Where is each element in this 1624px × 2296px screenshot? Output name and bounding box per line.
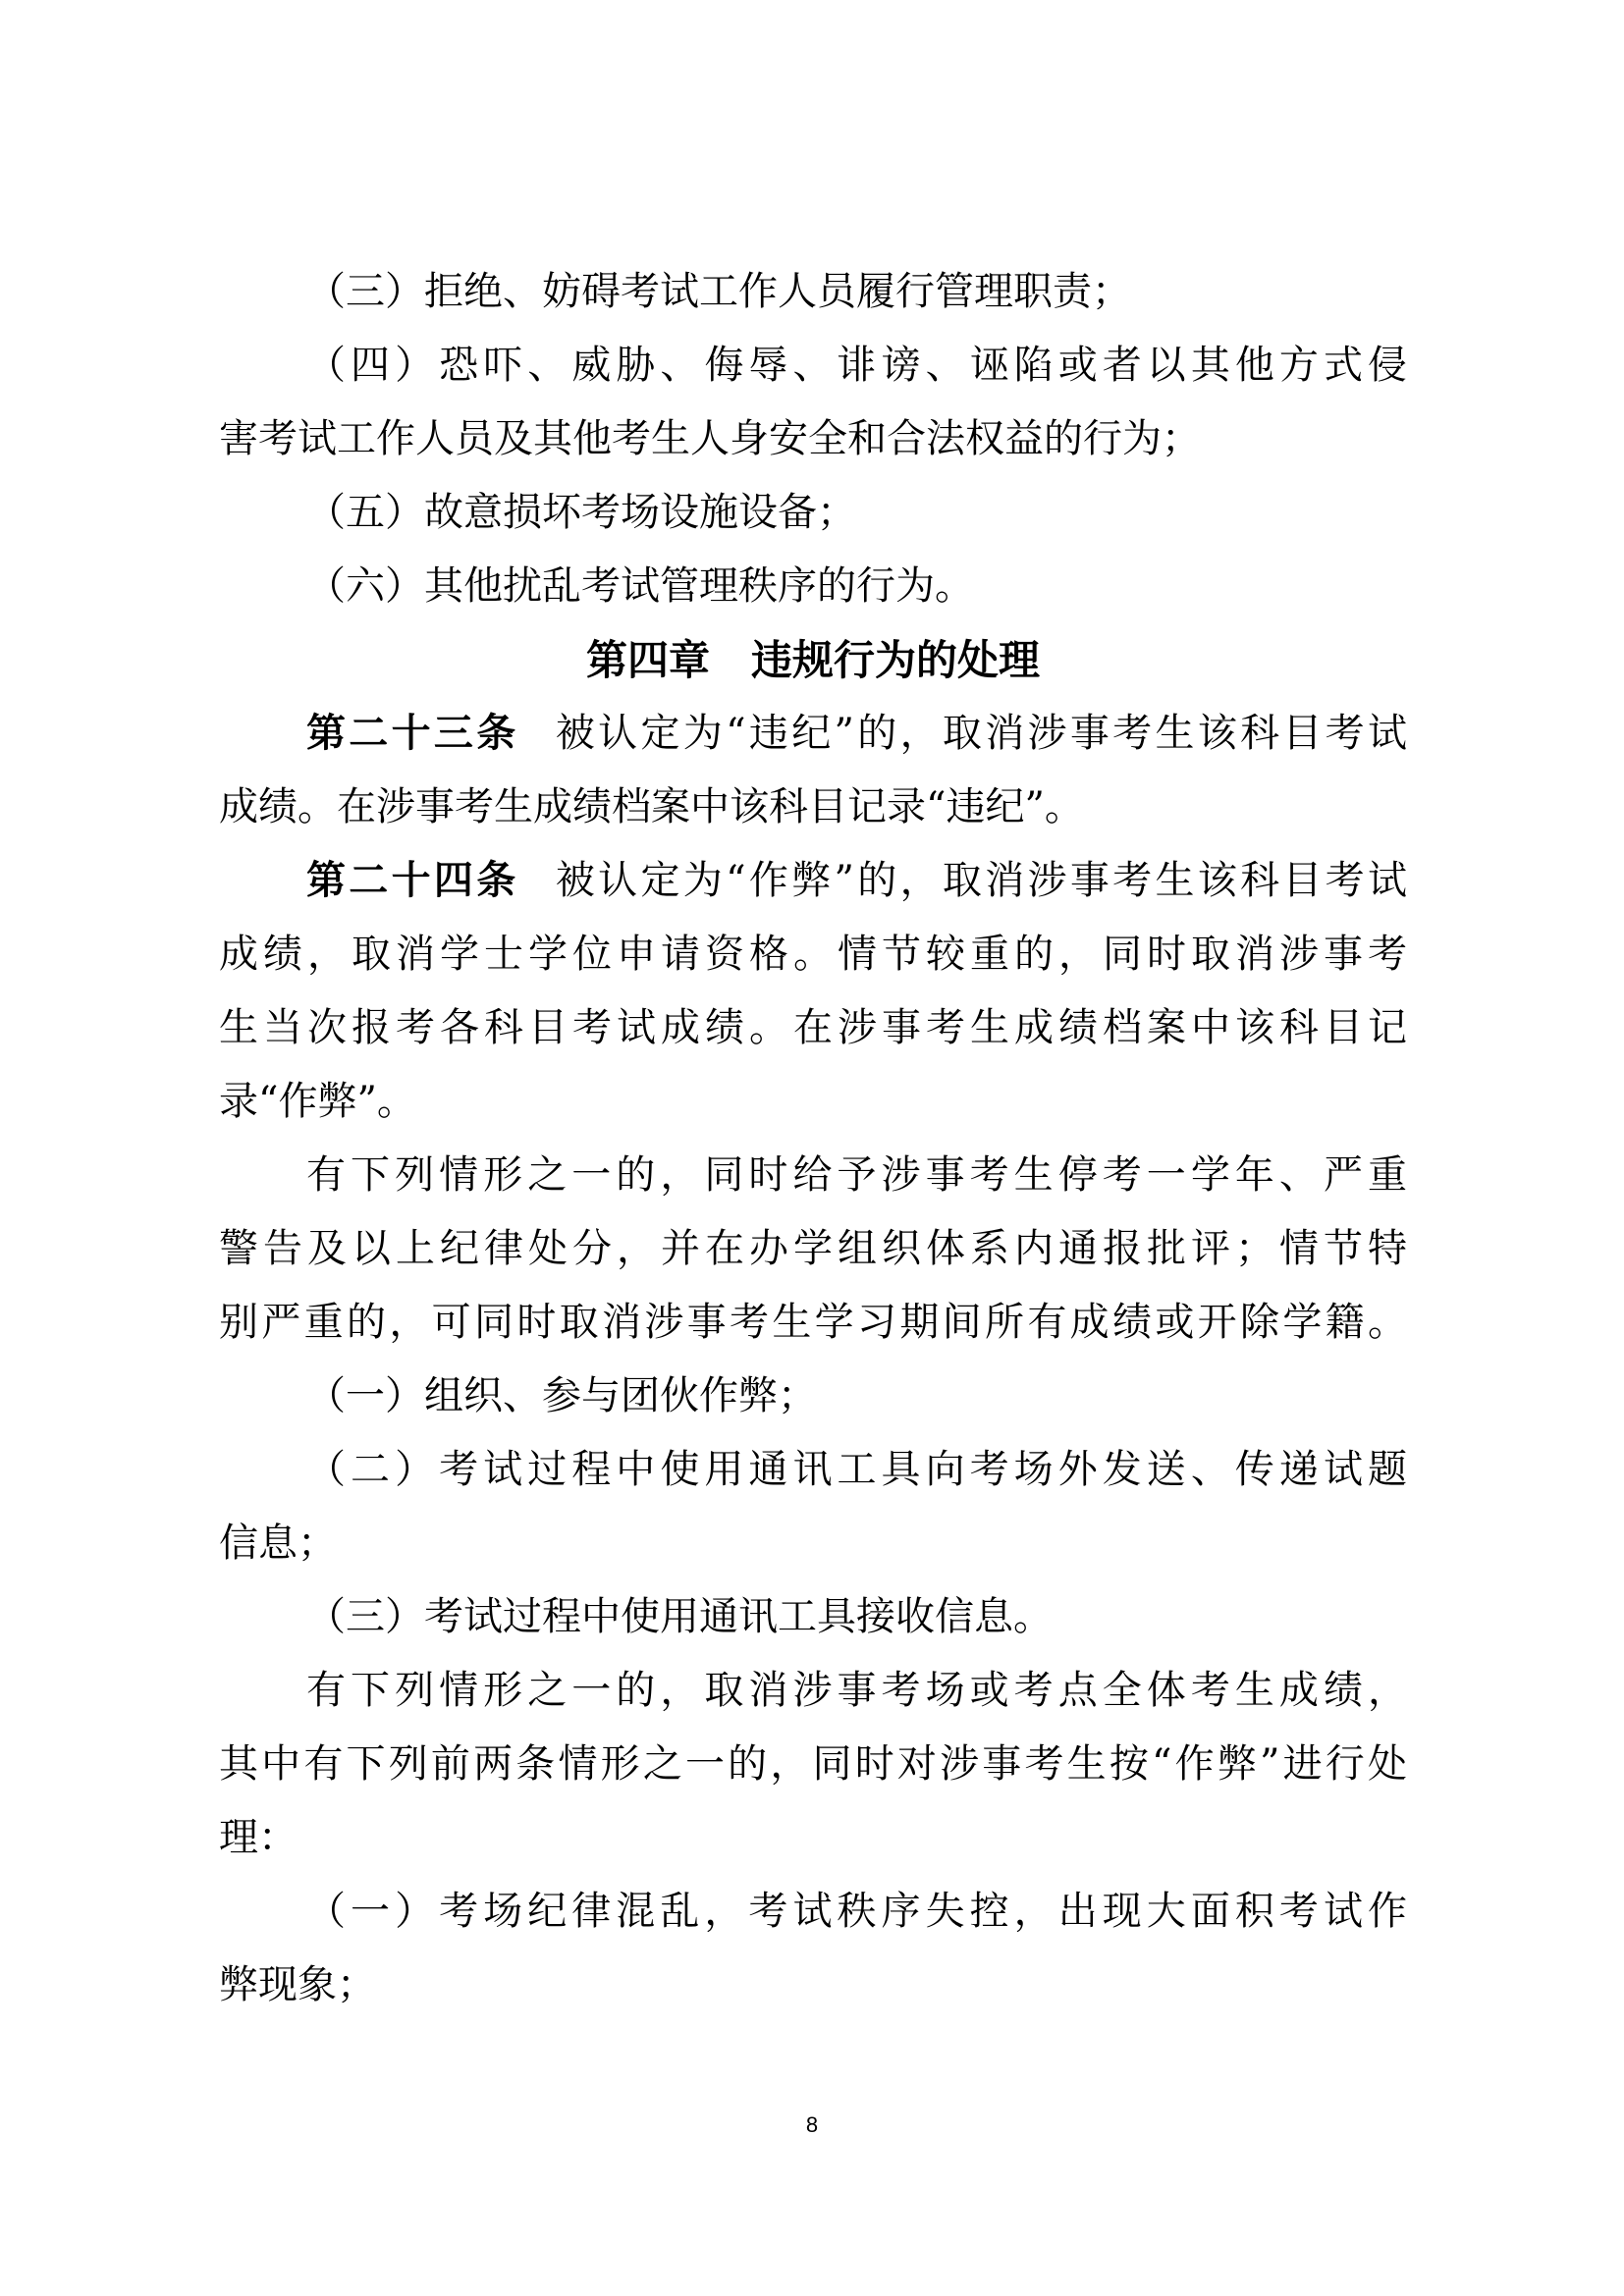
article-24-line1: 第二十四条被认定为“作弊”的，取消涉事考生该科目考试 xyxy=(306,844,1407,918)
clause-item-3: （三）拒绝、妨碍考试工作人员履行管理职责； xyxy=(306,255,1131,329)
clause-item-4-line1: （四）恐吓、威胁、侮辱、诽谤、诬陷或者以其他方式侵 xyxy=(306,329,1407,402)
article-24-line4: 录“作弊”。 xyxy=(219,1065,416,1139)
serious-para-line1: 有下列情形之一的，同时给予涉事考生停考一学年、严重 xyxy=(306,1139,1407,1212)
clause-item-4-line2: 害考试工作人员及其他考生人身安全和合法权益的行为； xyxy=(219,402,1201,476)
venue-para-line1: 有下列情形之一的，取消涉事考场或考点全体考生成绩， xyxy=(306,1654,1407,1728)
serious-item-1: （一）组织、参与团伙作弊； xyxy=(306,1360,817,1433)
clause-item-5: （五）故意损坏考场设施设备； xyxy=(306,476,856,550)
serious-item-2-line2: 信息； xyxy=(219,1507,337,1580)
page-number: 8 xyxy=(0,2112,1624,2138)
article-23-line2: 成绩。在涉事考生成绩档案中该科目记录“违纪”。 xyxy=(219,771,1084,844)
article-24-line2: 成绩，取消学士学位申请资格。情节较重的，同时取消涉事考 xyxy=(219,918,1407,991)
serious-para-line3: 别严重的，可同时取消涉事考生学习期间所有成绩或开除学籍。 xyxy=(219,1286,1407,1360)
clause-item-6: （六）其他扰乱考试管理秩序的行为。 xyxy=(306,550,974,623)
serious-para-line2: 警告及以上纪律处分，并在办学组织体系内通报批评；情节特 xyxy=(219,1212,1407,1286)
venue-para-line2: 其中有下列前两条情形之一的，同时对涉事考生按“作弊”进行处 xyxy=(219,1728,1407,1801)
article-23-line1: 第二十三条被认定为“违纪”的，取消涉事考生该科目考试 xyxy=(306,697,1407,771)
article-24-text: 被认定为“作弊”的，取消涉事考生该科目考试 xyxy=(553,858,1407,903)
article-24-label: 第二十四条 xyxy=(306,858,519,903)
venue-item-1-line1: （一）考场纪律混乱，考试秩序失控，出现大面积考试作 xyxy=(306,1875,1407,1949)
chapter-heading: 第四章 违规行为的处理 xyxy=(219,623,1407,697)
article-23-label: 第二十三条 xyxy=(306,711,519,756)
serious-item-2-line1: （二）考试过程中使用通讯工具向考场外发送、传递试题 xyxy=(306,1433,1407,1507)
venue-para-line3: 理： xyxy=(219,1801,298,1875)
venue-item-1-line2: 弊现象； xyxy=(219,1949,376,2022)
article-23-text: 被认定为“违纪”的，取消涉事考生该科目考试 xyxy=(553,711,1407,756)
serious-item-3: （三）考试过程中使用通讯工具接收信息。 xyxy=(306,1580,1053,1654)
article-24-line3: 生当次报考各科目考试成绩。在涉事考生成绩档案中该科目记 xyxy=(219,991,1407,1065)
